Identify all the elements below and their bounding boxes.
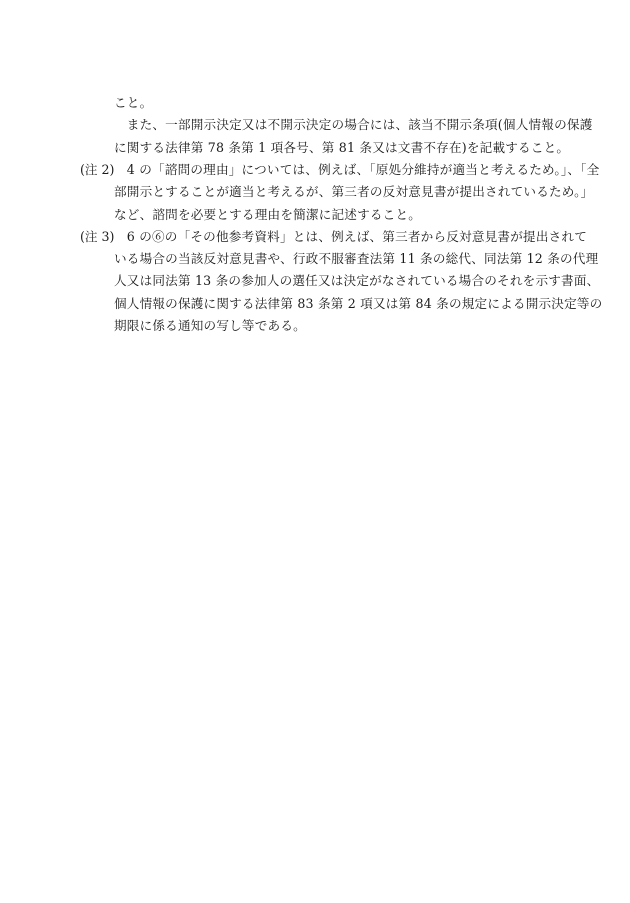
note-3-line-3: 人又は同法第 13 条の参加人の選任又は決定がなされている場合のそれを示す書面、: [114, 273, 599, 289]
intro-line-1: こと。: [114, 95, 152, 111]
note-2-line-2: 部開示とすることが適当と考えるが、第三者の反対意見書が提出されているため。」: [114, 184, 593, 200]
note-2-line-3: など、諮問を必要とする理由を簡潔に記述すること。: [114, 207, 421, 223]
intro-line-3: に関する法律第 78 条第 1 項各号、第 81 条又は文書不存在)を記載するこ…: [114, 140, 569, 156]
intro-line-2: また、一部開示決定又は不開示決定の場合には、該当不開示条項(個人情報の保護: [114, 117, 592, 133]
note-2-line-1: 4 の「諮問の理由」については、例えば、「原処分維持が適当と考えるため。」、「全: [114, 162, 599, 178]
note-3-label: (注 3): [80, 229, 114, 245]
note-3-line-5: 期限に係る通知の写し等である。: [114, 318, 306, 334]
note-2-label: (注 2): [80, 162, 114, 178]
document-page: こと。 また、一部開示決定又は不開示決定の場合には、該当不開示条項(個人情報の保…: [0, 0, 630, 903]
note-3-line-1: 6 の⑥の「その他参考資料」とは、例えば、第三者から反対意見書が提出されて: [114, 229, 587, 245]
note-3-line-4: 個人情報の保護に関する法律第 83 条第 2 項又は第 84 条の規定による開示…: [114, 296, 602, 312]
note-3-line-2: いる場合の当該反対意見書や、行政不服審査法第 11 条の総代、同法第 12 条の…: [114, 251, 598, 267]
